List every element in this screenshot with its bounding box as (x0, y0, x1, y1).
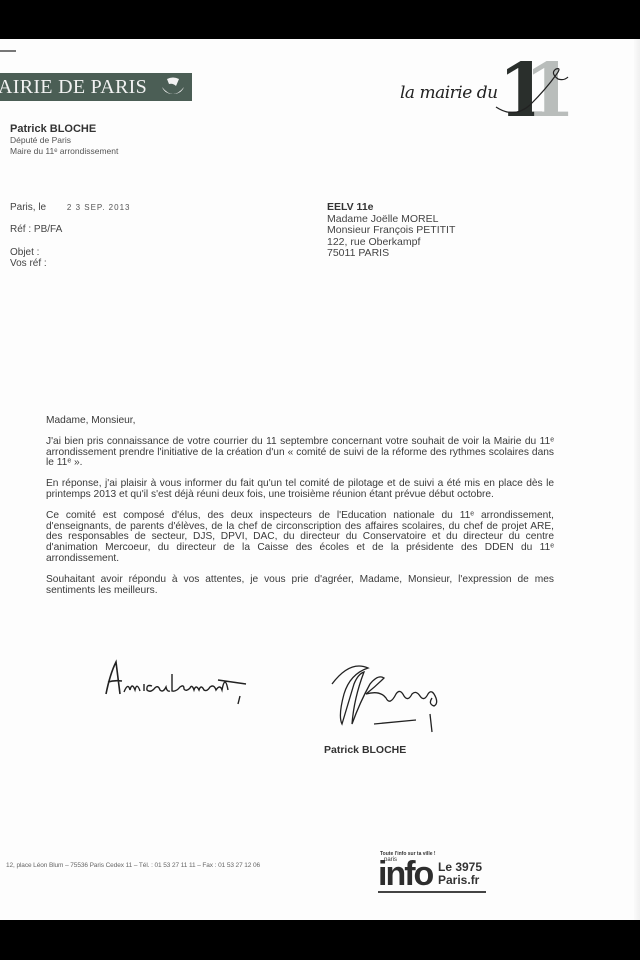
logo-swash-icon (396, 53, 576, 131)
sender-block: Patrick BLOCHE Député de Paris Maire du … (10, 123, 118, 157)
salutation: Madame, Monsieur, (46, 416, 554, 427)
signer-name: Patrick BLOCHE (324, 744, 406, 756)
date-row: Paris, le 2 3 SEP. 2013 (10, 201, 130, 215)
signature (320, 654, 460, 749)
page-edge-shadow (634, 39, 640, 920)
recipient-block: EELV 11e Madame Joëlle MOREL Monsieur Fr… (327, 202, 455, 260)
paris-info-paris: paris (384, 857, 397, 863)
footer-address: 12, place Léon Blum – 75536 Paris Cedex … (6, 862, 260, 869)
paragraph: Souhaitant avoir répondu à vos attentes,… (46, 575, 554, 597)
recipient-line: Monsieur François PETITIT (327, 225, 455, 237)
scan-mark (0, 50, 16, 52)
letter-meta: Paris, le 2 3 SEP. 2013 Réf : PB/FA Obje… (10, 201, 130, 269)
reference: Réf : PB/FA (10, 223, 130, 237)
date-label: Paris, le (10, 202, 46, 213)
date-stamp: 2 3 SEP. 2013 (67, 201, 131, 215)
object-label: Objet : (10, 247, 130, 258)
letter-body: Madame, Monsieur, J'ai bien pris connais… (46, 416, 554, 606)
paragraph: Ce comité est composé d'élus, des deux i… (46, 511, 554, 565)
paris-ship-emblem-icon (160, 75, 186, 99)
paris-info-logo: Toute l'info sur ta ville ! info paris L… (378, 851, 490, 903)
paris-info-rule (378, 891, 486, 893)
recipient-line: 75011 PARIS (327, 248, 455, 260)
handwritten-amicalement: Amicalement, (100, 654, 260, 714)
paragraph: J'ai bien pris connaissance de votre cou… (46, 437, 554, 469)
sender-office: Maire du 11ᵉ arrondissement (10, 146, 118, 157)
sender-name: Patrick BLOCHE (10, 123, 118, 135)
paris-info-site: Paris.fr (438, 874, 479, 887)
your-ref-label: Vos réf : (10, 258, 130, 269)
banner-text: AIRIE DE PARIS (0, 76, 147, 99)
mairie-de-paris-banner: AIRIE DE PARIS (0, 73, 192, 101)
recipient-org: EELV 11e (327, 202, 455, 214)
bottom-black-bar (0, 920, 640, 960)
top-black-bar (0, 0, 640, 39)
sender-title: Député de Paris (10, 135, 118, 146)
paragraph: En réponse, j'ai plaisir à vous informer… (46, 479, 554, 501)
letter-page: AIRIE DE PARIS 1 1 la mairie du Patrick … (0, 39, 640, 920)
mairie-du-11e-logo: 1 1 la mairie du (396, 53, 576, 131)
